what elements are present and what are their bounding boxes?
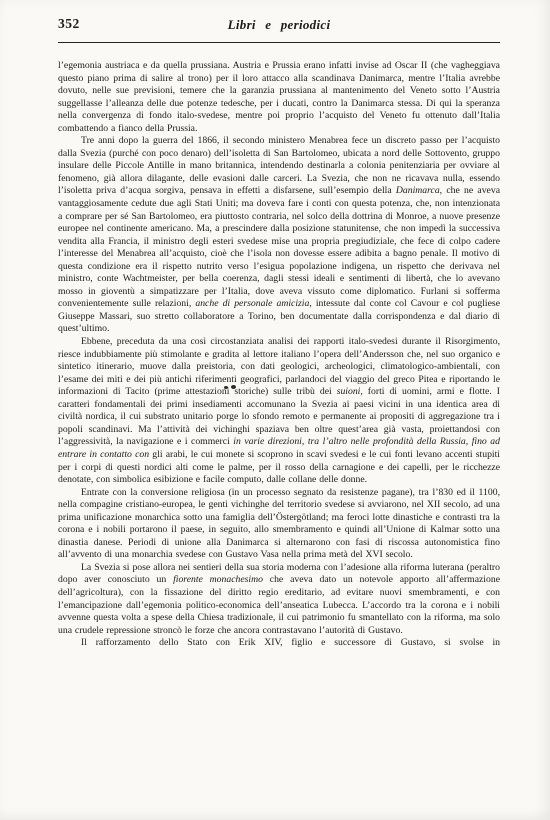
italic-run: anche di personale amicizia xyxy=(195,298,309,309)
paragraph: l’egemonia austriaca e da quella prussia… xyxy=(58,60,500,135)
page-header: 352 Libri e periodici xyxy=(58,16,500,40)
text-run: l’egemonia austriaca e da quella prussia… xyxy=(58,60,500,134)
ink-smudge-artifact xyxy=(224,385,238,389)
paragraph: Il rafforzamento dello Stato con Erik XI… xyxy=(58,637,500,650)
paragraph: Tre anni dopo la guerra del 1866, il sec… xyxy=(58,135,500,336)
running-title: Libri e periodici xyxy=(58,17,500,33)
paragraph: Ebbene, preceduta da una così circostanz… xyxy=(58,336,500,487)
paragraph: Entrate con la conversione religiosa (in… xyxy=(58,487,500,562)
text-run: Entrate con la conversione religiosa (in… xyxy=(58,487,500,561)
text-run: , che ne aveva vantaggiosamente cedute d… xyxy=(58,185,500,309)
header-rule xyxy=(58,42,500,43)
book-page: 352 Libri e periodici l’egemonia austria… xyxy=(0,0,550,820)
italic-run: suioni xyxy=(337,386,361,397)
paragraph: La Svezia si pose allora nei sentieri de… xyxy=(58,562,500,637)
italic-run: fiorente monachesimo xyxy=(173,574,263,585)
text-block: l’egemonia austriaca e da quella prussia… xyxy=(58,60,500,650)
text-run: Il rafforzamento dello Stato con Erik XI… xyxy=(81,637,500,648)
italic-run: Danimarca xyxy=(396,185,440,196)
